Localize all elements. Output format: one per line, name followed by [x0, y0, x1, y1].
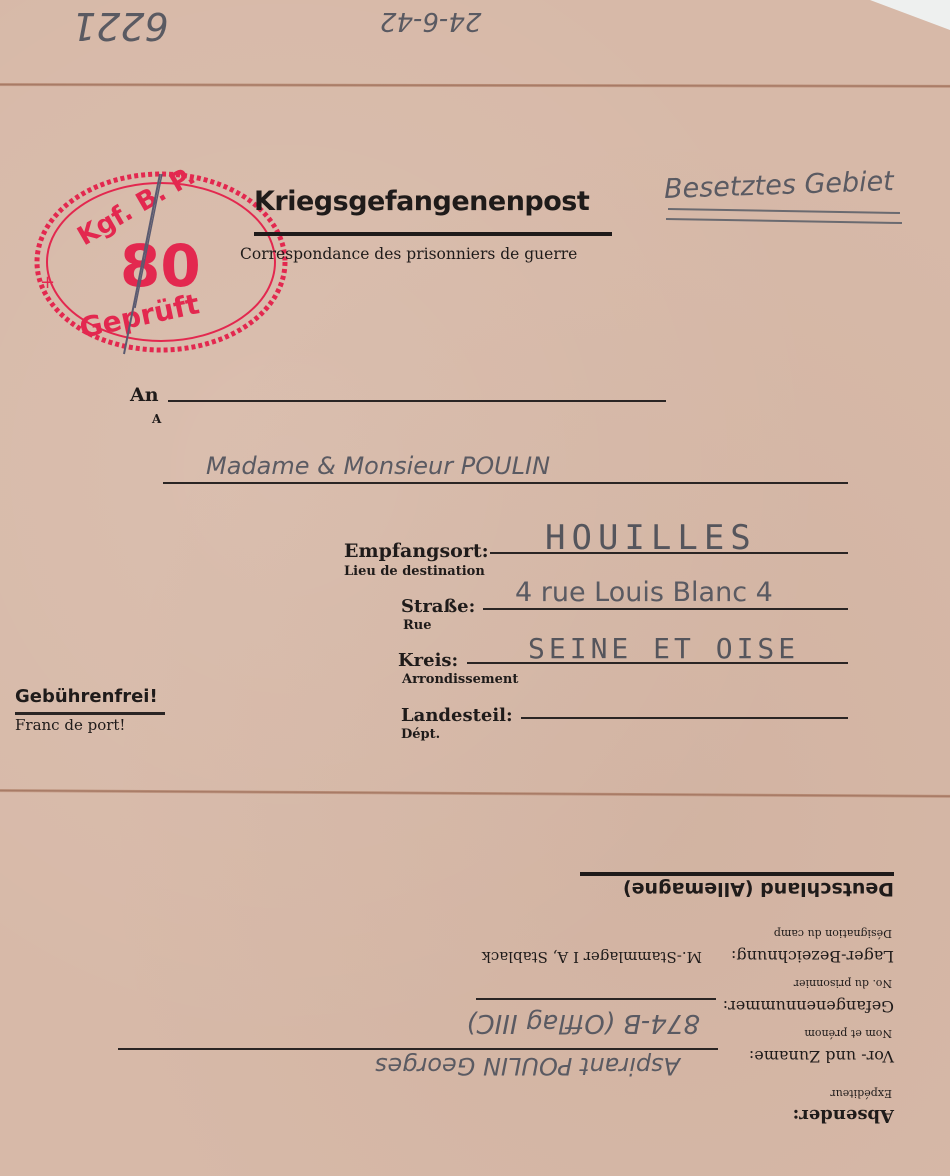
pow-number-label-fr: No. du prisonnier — [794, 977, 892, 990]
sender-name-label: Vor- und Zuname: — [749, 1047, 894, 1066]
sender-label-fr: Expéditeur — [830, 1087, 892, 1100]
sender-name-value: Aspirant POULIN Georges — [375, 1052, 680, 1080]
to-label: An — [130, 384, 159, 406]
pow-number-line[interactable] — [476, 999, 716, 1001]
pow-number-label: Gefangenennummer: — [723, 997, 894, 1016]
camp-value: M.-Stammlager I A, Stablack — [482, 948, 702, 966]
to-line[interactable] — [168, 400, 666, 402]
place-label: Empfangsort: — [344, 540, 489, 562]
form-title: Kriegsgefangenenpost — [254, 186, 589, 217]
date-annotation: 24-6-42 — [380, 6, 481, 36]
sender-country: Deutschland (Allemagne) — [623, 878, 894, 900]
to-label-fr: A — [152, 412, 161, 426]
district-label-fr: Arrondissement — [402, 672, 518, 687]
region-line[interactable] — [521, 717, 848, 719]
street-value: 4 rue Louis Blanc 4 — [515, 577, 773, 608]
postage-underline — [15, 712, 165, 715]
form-subtitle: Correspondance des prisonniers de guerre — [240, 245, 577, 263]
archive-number: 6221 — [72, 4, 169, 48]
street-label: Straße: — [401, 596, 475, 617]
place-value: HOUILLES — [545, 518, 757, 558]
sender-name-line[interactable] — [118, 1049, 718, 1051]
district-label: Kreis: — [398, 650, 458, 671]
camp-label-fr: Désignation du camp — [774, 927, 892, 940]
region-label-fr: Dépt. — [401, 727, 440, 742]
pow-number-value: 874-B (Offlag IIIC) — [466, 1008, 700, 1038]
postage-free-label-fr: Franc de port! — [15, 716, 125, 734]
district-value: SEINE ET OISE — [528, 632, 799, 665]
camp-label: Lager-Bezeichnung: — [731, 947, 894, 966]
sender-label: Absender: — [793, 1105, 894, 1126]
sender-name-label-fr: Nom et prénom — [804, 1027, 892, 1040]
recipient-name-value: Madame & Monsieur POULIN — [206, 452, 550, 480]
street-label-fr: Rue — [403, 618, 432, 633]
region-label: Landesteil: — [401, 705, 513, 726]
recipient-name-line[interactable] — [163, 482, 848, 484]
place-label-fr: Lieu de destination — [344, 564, 485, 579]
svg-text:+: + — [40, 272, 55, 293]
country-underline — [580, 872, 894, 876]
title-underline — [254, 232, 612, 236]
postage-free-label: Gebührenfrei! — [15, 686, 158, 707]
street-line[interactable] — [483, 608, 848, 610]
